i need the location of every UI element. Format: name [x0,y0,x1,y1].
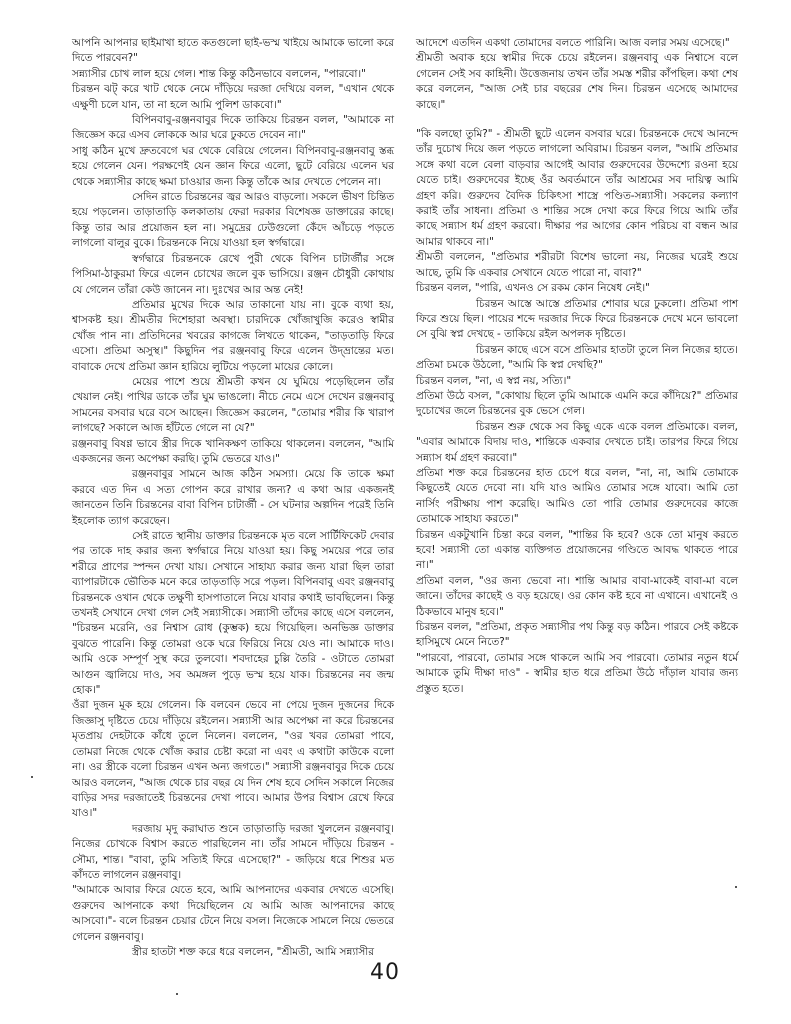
paragraph: প্রতিমা উঠে বসল, "কোথায় ছিলে তুমি আমাকে… [416,389,738,420]
paragraph: সন্ন্যাসীর চোখ লাল হয়ে গেল। শান্ত কিন্ত… [72,67,394,82]
paragraph: আদেশে এতদিন একথা তোমাদের বলতে পারিনি। আজ… [416,36,738,51]
paragraph: চিরন্তন ঝট্ করে খাট থেকে নেমে দাঁড়িয়ে … [72,82,394,113]
paragraph: "কি বলছো তুমি?" - শ্রীমতী ছুটে এলেন বসবা… [416,127,738,250]
paragraph: "আমাকে আবার ফিরে যেতে হবে, আমি আপনাদের এ… [72,883,394,945]
paragraph: চিরন্তন বলল, "প্রতিমা, প্রকৃত সন্ন্যাসীর… [416,620,738,651]
scan-speck [735,886,737,888]
left-column: আপনি আপনার ছাইমাখা হাতে কতগুলো ছাই-ভস্ম … [72,36,394,960]
paragraph: প্রতিমা শক্ত করে চিরন্তনের হাত চেপে ধরে … [416,466,738,528]
paragraph: সেদিন রাতে চিরন্তনের জ্বর আরও বাড়লো। সক… [72,190,394,252]
paragraph: চিরন্তন বলল, "পারি, এখনও সে রকম কোন নিষে… [416,281,738,296]
scan-speck [176,993,178,995]
paragraph: রঞ্জনবাবুর সামনে আজ কঠিন সমস্যা। মেয়ে ক… [72,467,394,529]
paragraph: চিরন্তন শুরু থেকে সব কিছু একে একে বলল প্… [416,420,738,466]
paragraph: মেয়ের পাশে শুয়ে শ্রীমতী কখন যে ঘুমিয়ে… [72,375,394,437]
paragraph: প্রতিমার মুখের দিকে আর তাকানো যায় না। ব… [72,298,394,375]
paragraph: স্ত্রীর হাতটা শক্ত করে ধরে বললেন, "শ্রীম… [72,945,394,960]
paragraph: দরজায় মৃদু করাঘাত শুনে তাড়াতাড়ি দরজা … [72,822,394,884]
paragraph: আপনি আপনার ছাইমাখা হাতে কতগুলো ছাই-ভস্ম … [72,36,394,67]
paragraph: চিরন্তন বলল, "না, এ স্বপ্ন নয়, সত্যি।" [416,374,738,389]
paragraph: স্বর্গদ্বারে চিরন্তনকে রেখে পুরী থেকে বি… [72,252,394,298]
paragraph: প্রতিমা বলল, "ওর জন্য ভেবো না। শান্তি আম… [416,574,738,620]
paragraph: চিরন্তন কাছে এসে বসে প্রতিমার হাতটা তুলে… [416,343,738,374]
scan-speck [31,776,33,778]
paragraph: শ্রীমতী অবাক হয়ে স্বামীর দিকে চেয়ে রইল… [416,51,738,113]
page-number: 40 [370,960,400,985]
paragraph: "পারবো, পারবো, তোমার সঙ্গে থাকলে আমি সব … [416,651,738,697]
right-column: আদেশে এতদিন একথা তোমাদের বলতে পারিনি। আজ… [416,36,738,697]
paragraph: ওঁরা দুজন মূক হয়ে গেলেন। কি বলবেন ভেবে … [72,698,394,821]
paragraph: রঞ্জনবাবু বিষণ্ণ ভাবে স্ত্রীর দিকে খানিক… [72,437,394,468]
paragraph: শ্রীমতী বললেন, "প্রতিমার শরীরটা বিশেষ ভা… [416,250,738,281]
paragraph: চিরন্তন আস্তে আস্তে প্রতিমার শোবার ঘরে ঢ… [416,297,738,343]
paragraph: চিরন্তন একটুখানি চিন্তা করে বলল, "শান্তি… [416,528,738,574]
paragraph: সাধু কঠিন মুখে দ্রুতবেগে ঘর থেকে বেরিয়ে… [72,144,394,190]
paragraph: সেই রাতে স্থানীয় ডাক্তার চিরন্তনকে মৃত … [72,529,394,698]
paragraph: বিপিনবাবু-রঞ্জনবাবুর দিকে তাকিয়ে চিরন্ত… [72,113,394,144]
